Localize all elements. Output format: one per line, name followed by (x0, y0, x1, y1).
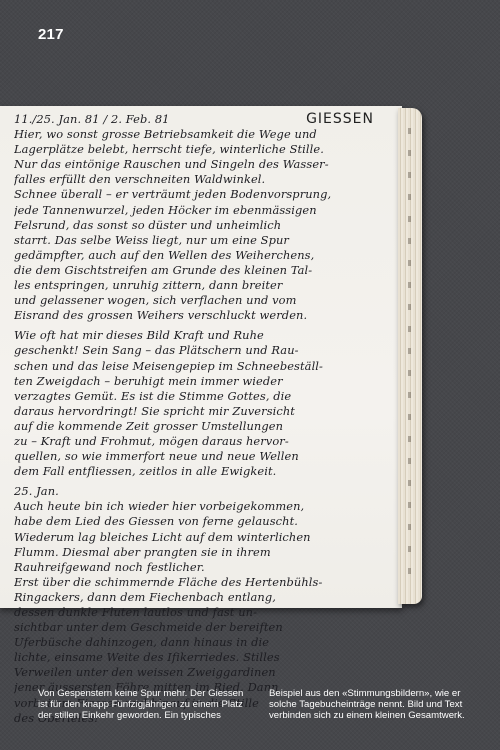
caption-right: Beispiel aus den «Stimmungsbildern», wie… (269, 688, 478, 722)
notebook-page: 11./25. Jan. 81 / 2. Feb. 81 GIESSEN Hie… (0, 106, 402, 608)
page-number: 217 (38, 26, 64, 43)
handwritten-line: schen und das leise Meisengepiep im Schn… (14, 359, 396, 374)
handwritten-line: quellen, so wie immerfort neue und neue … (14, 449, 396, 464)
handwritten-line: falles erfüllt den verschneiten Waldwink… (14, 172, 396, 187)
handwritten-line: die dem Gischtstreifen am Grunde des kle… (14, 263, 396, 278)
handwritten-line: Verweilen unter den weissen Zweiggardine… (14, 665, 396, 680)
captions: Von Gespenstern keine Spur mehr. Der Gie… (38, 688, 478, 722)
handwritten-line: zu – Kraft und Frohmut, mögen daraus her… (14, 434, 396, 449)
entry-title: GIESSEN (306, 112, 374, 127)
handwritten-line: auf die kommende Zeit grosser Umstellung… (14, 419, 396, 434)
handwritten-line: Eisrand des grossen Weihers verschluckt … (14, 308, 396, 323)
handwritten-line: dessen dunkle Fluten lautlos und fast un… (14, 605, 396, 620)
handwritten-line: verzagtes Gemüt. Es ist die Stimme Gotte… (14, 389, 396, 404)
handwritten-line: Felsrund, das sonst so düster und unheim… (14, 218, 396, 233)
handwritten-line: les entspringen, unruhig zittern, dann b… (14, 278, 396, 293)
handwritten-line: habe dem Lied des Giessen von ferne gela… (14, 514, 396, 529)
handwritten-line: und gelassener wogen, sich verflachen un… (14, 293, 396, 308)
handwritten-line: lichte, einsame Weite des Ifikerriedes. … (14, 650, 396, 665)
handwritten-line: Rauhreifgewand noch festlicher. (14, 560, 396, 575)
handwritten-line: jede Tannenwurzel, jeden Höcker im ebenm… (14, 203, 396, 218)
handwritten-entry: 11./25. Jan. 81 / 2. Feb. 81 GIESSEN Hie… (14, 112, 396, 726)
entry-date: 11./25. Jan. 81 / 2. Feb. 81 (14, 112, 170, 127)
handwritten-line: Wiederum lag bleiches Licht auf dem wint… (14, 530, 396, 545)
entry-header: 11./25. Jan. 81 / 2. Feb. 81 GIESSEN (14, 112, 396, 127)
handwritten-line: Schnee überall – er verträumt jeden Bode… (14, 187, 396, 202)
handwritten-line: Lagerplätze belebt, herrscht tiefe, wint… (14, 142, 396, 157)
handwritten-line: Hier, wo sonst grosse Betriebsamkeit die… (14, 127, 396, 142)
handwritten-line: Flumm. Diesmal aber prangten sie in ihre… (14, 545, 396, 560)
notebook-page-edges (398, 108, 422, 604)
entry-paragraphs: Hier, wo sonst grosse Betriebsamkeit die… (14, 127, 396, 726)
notebook-photo: 11./25. Jan. 81 / 2. Feb. 81 GIESSEN Hie… (0, 106, 424, 608)
handwritten-line: Uferbüsche dahinzogen, dann hinaus in di… (14, 635, 396, 650)
handwritten-line: daraus hervordringt! Sie spricht mir Zuv… (14, 404, 396, 419)
handwritten-line: Erst über die schimmernde Fläche des Her… (14, 575, 396, 590)
handwritten-line: geschenkt! Sein Sang – das Plätschern un… (14, 343, 396, 358)
handwritten-line: Auch heute bin ich wieder hier vorbeigek… (14, 499, 396, 514)
handwritten-line: dem Fall entfliessen, zeitlos in alle Ew… (14, 464, 396, 479)
handwritten-line: Nur das eintönige Rauschen und Singeln d… (14, 157, 396, 172)
handwritten-line: starrt. Das selbe Weiss liegt, nur um ei… (14, 233, 396, 248)
handwritten-line: ten Zweigdach – beruhigt mein immer wied… (14, 374, 396, 389)
handwritten-line: 25. Jan. (14, 484, 396, 499)
handwritten-line: Wie oft hat mir dieses Bild Kraft und Ru… (14, 328, 396, 343)
caption-left: Von Gespenstern keine Spur mehr. Der Gie… (38, 688, 247, 722)
handwritten-line: gedämpfter, auch auf den Wellen des Weih… (14, 248, 396, 263)
handwritten-line: sichtbar unter dem Geschmeide der bereif… (14, 620, 396, 635)
handwritten-line: Ringackers, dann dem Fiechenbach entlang… (14, 590, 396, 605)
